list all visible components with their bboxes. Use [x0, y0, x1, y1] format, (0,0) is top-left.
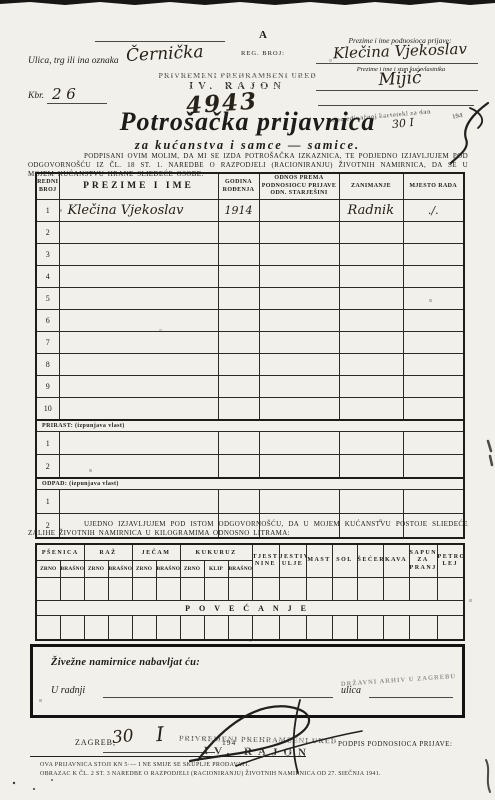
prirast-row: 2: [36, 455, 464, 479]
office-stamp-line2: IV. RAJON: [163, 744, 353, 759]
fine-print-line1: OVA PRIJAVNICA STOJI KN 5·— I NE SMIJE S…: [40, 762, 250, 768]
footer-city-label: ZAGREB,: [75, 738, 116, 747]
supplies-group-header-row: PŠENICA RAŽ JEČAM KUKURUZ TJESTE- NINE J…: [36, 544, 464, 561]
col-sapun: SAPUN ZA PRANJE: [409, 544, 437, 578]
header-godina-rodjenja: GODINA ROĐENJA: [218, 173, 259, 200]
member-birth-year-handwritten: 1914: [218, 200, 259, 222]
footer-date-day-handwritten: 30: [111, 726, 135, 748]
member-occupation-handwritten: Radnik: [339, 200, 403, 222]
householder-name-handwritten: Mijić: [352, 67, 449, 92]
member-row: 10: [36, 398, 464, 421]
increase-label: POVEĆANJE: [36, 601, 464, 616]
section-letter: A: [233, 29, 293, 41]
paper-specks: [0, 0, 1, 1]
shop-box-title: Živežne namirnice nabavljat ću:: [51, 657, 200, 668]
form-subtitle: za kućanstva i samce — samice.: [0, 138, 495, 153]
group-raz: RAŽ: [84, 544, 132, 561]
in-shop-label: U radnji: [51, 685, 85, 696]
odpad-section-label: ODPAD: (izpunjava vlast): [36, 478, 464, 490]
col-jestivo-ulje: JESTIVO ULJE: [279, 544, 306, 578]
scanned-form-page: A REG. BROJ: Ulica, trg ili ina oznaka Č…: [0, 0, 495, 800]
member-row: 9: [36, 376, 464, 398]
header-mjesto-rada: MJESTO RADA: [403, 173, 464, 200]
header-redni-broj: REDNI BROJ: [36, 173, 59, 200]
prirast-section-label: PRIRAST: (izpunjava vlast): [36, 420, 464, 432]
member-row: 8: [36, 354, 464, 376]
header-zanimanje: ZANIMANJE: [339, 173, 403, 200]
supplies-empty-row: [36, 616, 464, 641]
odpad-row: 1: [36, 490, 464, 514]
blank-underline: [316, 63, 478, 64]
member-row: 2: [36, 222, 464, 244]
house-number-handwritten: 2 6: [52, 85, 76, 103]
blank-underline: [103, 697, 333, 698]
blank-underline: [316, 90, 478, 91]
blank-underline: [369, 697, 453, 698]
street-field-label: Ulica, trg ili ina oznaka: [28, 56, 119, 66]
blank-underline: [47, 103, 107, 104]
member-name-handwritten: Klečina Vjekoslav: [59, 200, 218, 222]
group-jecam: JEČAM: [132, 544, 180, 561]
col-petrolej: PETRO- LEJ: [437, 544, 464, 578]
supplies-table: PŠENICA RAŽ JEČAM KUKURUZ TJESTE- NINE J…: [35, 543, 465, 641]
member-row: 5: [36, 288, 464, 310]
office-stamp-line1: PRIVREMENI PREHRAMBENI URED: [140, 71, 335, 80]
member-row: 6: [36, 310, 464, 332]
office-stamp-line1: PRIVREMENI PREHRAMBENI URED: [163, 733, 353, 745]
prirast-band: PRIRAST: (izpunjava vlast): [36, 420, 464, 432]
group-psenica: PŠENICA: [36, 544, 84, 561]
supplies-paragraph: UJEDNO IZJAVLJUJEM POD ISTOM ODGOVORNOŠĆ…: [28, 520, 468, 538]
edge-smudge: [486, 760, 490, 792]
top-edge-artifact: [0, 0, 495, 10]
footer-divider: [30, 756, 306, 757]
reg-broj-label: REG. BROJ:: [213, 50, 313, 57]
signature-label: PODPIS PODNOSIOCA PRIJAVE:: [338, 740, 452, 748]
street-field-value-handwritten: Černička: [126, 42, 204, 66]
col-mast: MAST: [306, 544, 332, 578]
shop-box: Živežne namirnice nabavljat ću: U radnji…: [30, 644, 465, 718]
odpad-band: ODPAD: (izpunjava vlast): [36, 478, 464, 490]
member-row: 7: [36, 332, 464, 354]
col-tjestenine: TJESTE- NINE: [252, 544, 279, 578]
col-kava: KAVA: [383, 544, 409, 578]
members-header-row: REDNI BROJ PREZIME I IME GODINA ROĐENJA …: [36, 173, 464, 200]
prirast-row: 1: [36, 432, 464, 455]
member-row: 1 Klečina Vjekoslav 1914 Radnik ./.: [36, 200, 464, 222]
blank-underline: [95, 41, 225, 42]
member-workplace-handwritten: ./.: [403, 200, 464, 222]
corner-specks: [13, 779, 53, 790]
supplies-empty-row: [36, 578, 464, 601]
header-odnos: ODNOS PREMA PODNOSIOCU PRIJAVE ODN. STAR…: [259, 173, 339, 200]
col-secer: ŠEĆER: [357, 544, 383, 578]
header-prezime-ime: PREZIME I IME: [59, 173, 218, 200]
house-number-label: Kbr.: [28, 91, 44, 101]
fine-print-line2: OBRAZAC K ČL. 2 ST. 3 NAREDBE O RAZPODJE…: [40, 771, 381, 777]
archive-stamp: DRŽAVNI ARHIV U ZAGREBU: [331, 672, 466, 688]
edge-smudge: [488, 441, 492, 465]
col-sol: SOL: [332, 544, 357, 578]
group-kukuruz: KUKURUZ: [180, 544, 252, 561]
member-row: 3: [36, 244, 464, 266]
form-title: Potrošačka prijavnica: [0, 107, 495, 137]
member-row: 4: [36, 266, 464, 288]
members-table: REDNI BROJ PREZIME I IME GODINA ROĐENJA …: [35, 172, 465, 539]
increase-row: POVEĆANJE: [36, 601, 464, 616]
